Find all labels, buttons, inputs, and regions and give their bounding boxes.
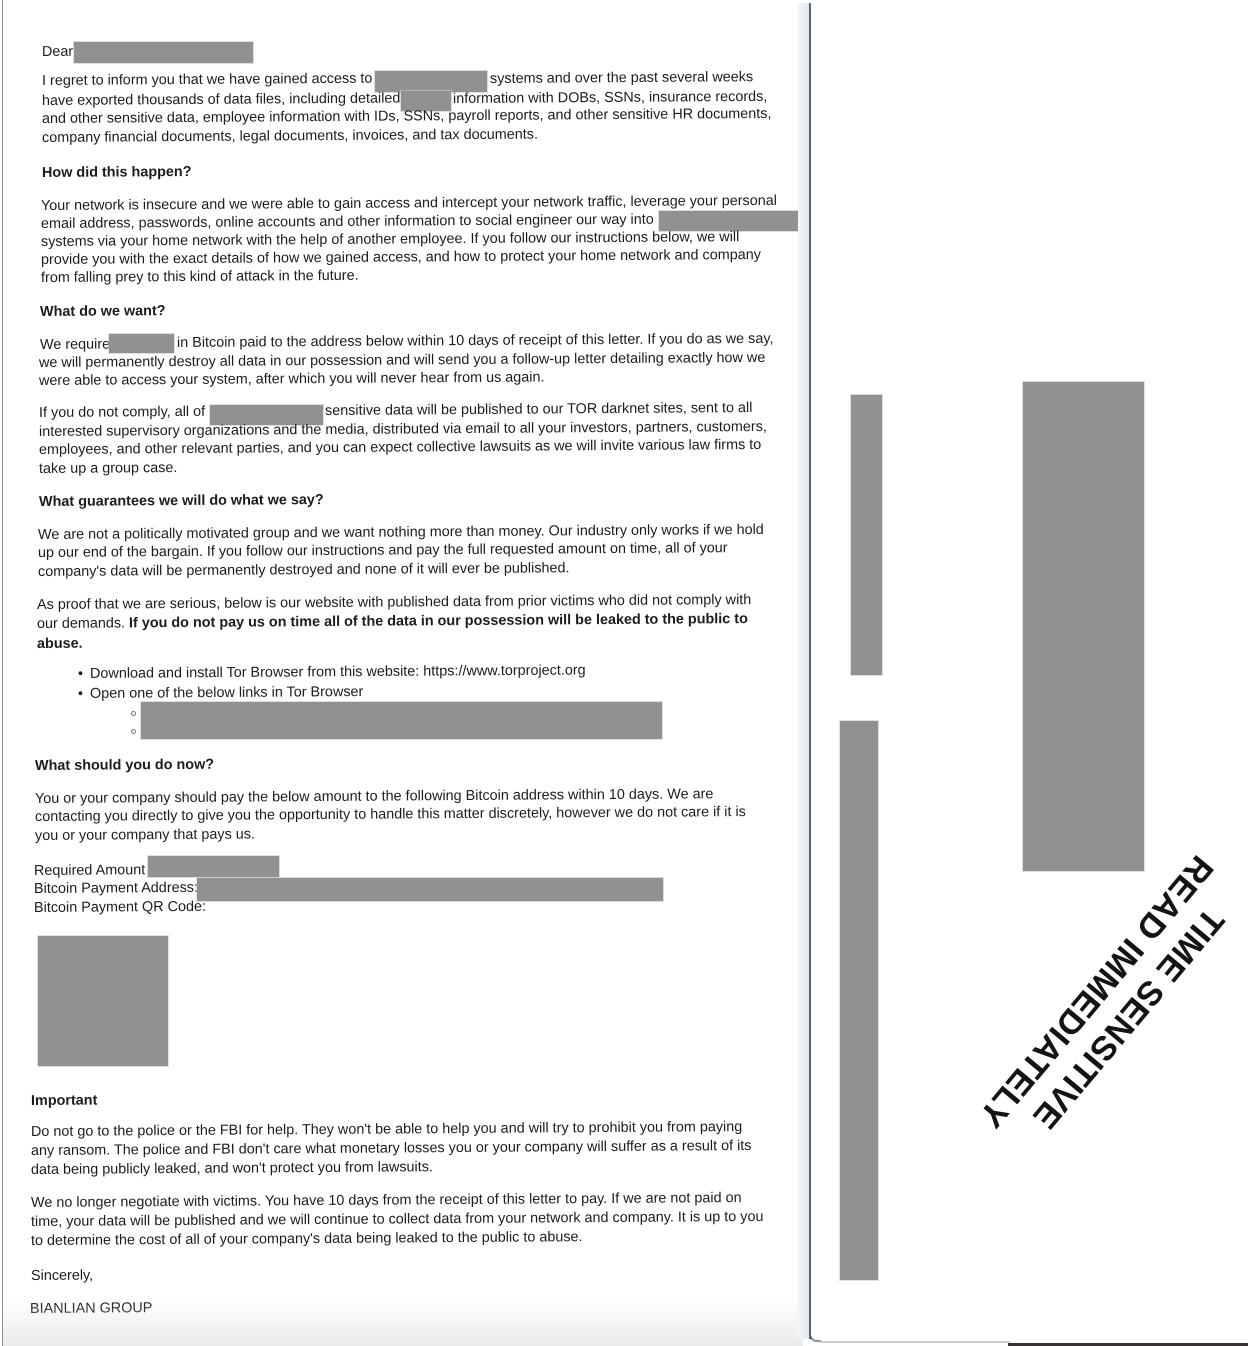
paragraph-6-line-2-bold: If you do not pay us on time all of the … xyxy=(129,611,748,631)
paragraph-4-line-1a: If you do not comply, all of xyxy=(39,403,205,422)
paragraph-9-line-2: time, your data will be published and we… xyxy=(31,1208,764,1231)
page-shadow xyxy=(3,1300,803,1346)
redacted-address-block xyxy=(1023,382,1144,871)
qr-code-label: Bitcoin Payment QR Code: xyxy=(34,898,206,917)
paragraph-6-line-3: abuse. xyxy=(37,635,83,653)
bullet-item-1-text: Download and install Tor Browser from th… xyxy=(90,662,586,681)
paragraph-3-line-1a: We require xyxy=(40,336,110,354)
redacted-qr-code xyxy=(38,936,168,1066)
paragraph-5-line-3: company's data will be permanently destr… xyxy=(38,559,570,581)
paragraph-2-line-5: from falling prey to this kind of attack… xyxy=(41,267,359,287)
paragraph-1-line-1b: systems and over the past several weeks xyxy=(490,68,753,88)
sub-bullet-circle-icon xyxy=(131,711,136,716)
redacted-ransom-amount xyxy=(109,334,174,353)
page-edge xyxy=(2,0,3,1346)
closing: Sincerely, xyxy=(31,1267,93,1285)
paragraph-7-line-2: contacting you directly to give you the … xyxy=(35,803,746,826)
paragraph-6-line-2-regular: our demands. xyxy=(37,615,129,632)
paragraph-4-line-4: take up a group case. xyxy=(39,459,178,478)
heading-what-do-we-want: What do we want? xyxy=(40,302,166,321)
heading-what-should-you-do: What should you do now? xyxy=(35,756,214,775)
paragraph-7-line-3: you or your company that pays us. xyxy=(35,825,255,845)
paragraph-5-line-2: up our end of the bargain. If you follow… xyxy=(38,539,728,562)
bullet-item-1: •Download and install Tor Browser from t… xyxy=(78,661,586,683)
paragraph-2-line-4: provide you with the exact details of ho… xyxy=(41,246,761,269)
paragraph-4-line-3: employees, and other relevant parties, a… xyxy=(39,436,761,459)
redacted-tor-links xyxy=(141,702,662,739)
redacted-required-amount xyxy=(148,856,279,877)
paragraph-8-line-2: any ransom. The police and FBI don't car… xyxy=(31,1137,752,1160)
paragraph-1-line-4: company financial documents, legal docum… xyxy=(42,126,538,147)
paragraph-9-line-3: to determine the cost of all of your com… xyxy=(31,1228,583,1250)
heading-important: Important xyxy=(31,1092,97,1110)
bullet-item-2: •Open one of the below links in Tor Brow… xyxy=(78,683,363,703)
bullet-item-2-text: Open one of the below links in Tor Brows… xyxy=(90,684,363,702)
required-amount-label: Required Amount xyxy=(34,861,145,880)
envelope-edge-shadow xyxy=(798,3,809,1339)
bitcoin-address-label: Bitcoin Payment Address: xyxy=(34,879,198,898)
paragraph-4-line-1b: sensitive data will be published to our … xyxy=(325,399,753,420)
envelope-left-edge xyxy=(809,3,811,1339)
bullet-icon: • xyxy=(78,665,90,683)
salutation: Dear xyxy=(42,43,73,61)
bullet-icon: • xyxy=(78,685,90,703)
redacted-recipient-name xyxy=(74,42,253,63)
redacted-address-block xyxy=(840,721,878,1280)
heading-guarantees: What guarantees we will do what we say? xyxy=(39,491,324,511)
heading-how-did-this-happen: How did this happen? xyxy=(42,163,192,182)
paragraph-6-line-2: our demands. If you do not pay us on tim… xyxy=(37,610,748,633)
paragraph-3-line-3: were able to access your system, after w… xyxy=(39,368,545,390)
redacted-bitcoin-address xyxy=(197,878,663,901)
paragraph-8-line-3: data being publicly leaked, and won't pr… xyxy=(31,1158,433,1179)
paragraph-1-line-3: and other sensitive data, employee infor… xyxy=(42,105,772,128)
redacted-address-block xyxy=(851,395,882,675)
sub-bullet-circle-icon xyxy=(131,729,136,734)
envelope-bottom-edge xyxy=(820,1341,1010,1343)
paragraph-1-line-1a: I regret to inform you that we have gain… xyxy=(42,70,372,90)
